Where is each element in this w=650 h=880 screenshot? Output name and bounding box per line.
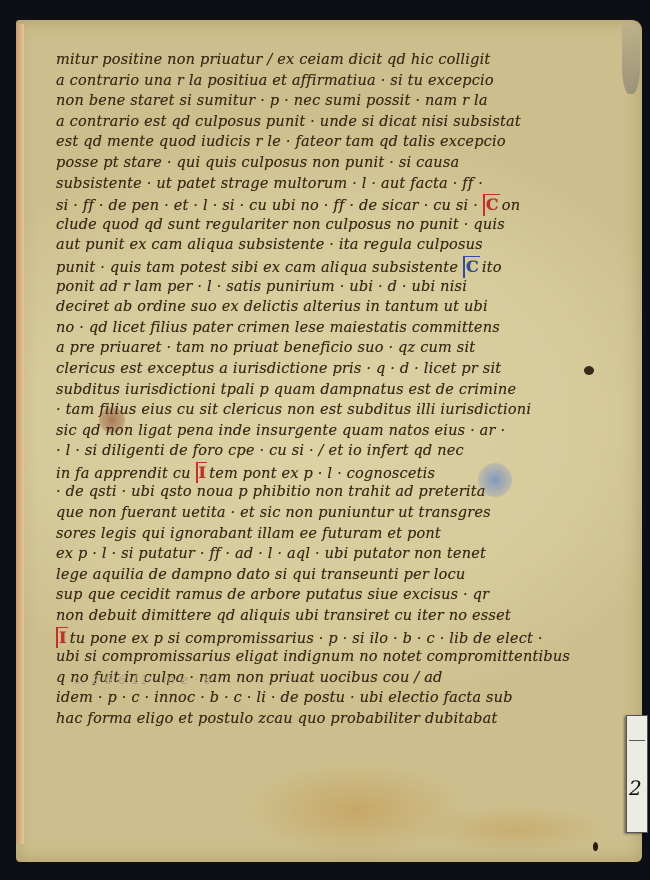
rubricated-initial: I xyxy=(196,462,208,484)
manuscript-line: sic qd non ligat pena inde insurgente qu… xyxy=(56,421,626,442)
line-text: a pre priuaret · tam no priuat beneficio… xyxy=(56,340,475,356)
manuscript-line: hac forma eligo et postulo zcau quo prob… xyxy=(56,709,626,730)
manuscript-line: clude quod qd sunt regulariter non culpo… xyxy=(56,215,626,236)
manuscript-line: punit · quis tam potest sibi ex cam aliq… xyxy=(56,256,626,277)
manuscript-line: que non fuerant uetita · et sic non puni… xyxy=(56,503,626,524)
manuscript-line: aut punit ex cam aliqua subsistente · it… xyxy=(56,235,626,256)
line-text: a contrario una r la positiua et affirma… xyxy=(56,73,494,89)
line-text: sup que cecidit ramus de arbore putatus … xyxy=(56,587,489,603)
line-text: lege aquilia de dampno dato si qui trans… xyxy=(56,567,465,583)
line-text: clericus est exceptus a iurisdictione pr… xyxy=(56,361,501,377)
manuscript-line: deciret ab ordine suo ex delictis alteri… xyxy=(56,297,626,318)
line-text: no · qd licet filius pater crimen lese m… xyxy=(56,320,500,336)
line-text: a contrario est qd culposus punit · unde… xyxy=(56,114,521,130)
manuscript-line: ex p · l · si putatur · ff · ad · l · aq… xyxy=(56,544,626,565)
line-text: posse pt stare · qui quis culposus non p… xyxy=(56,155,459,171)
line-text: hac forma eligo et postulo zcau quo prob… xyxy=(56,711,498,727)
manuscript-line: non bene staret si sumitur · p · nec sum… xyxy=(56,91,626,112)
line-text: non bene staret si sumitur · p · nec sum… xyxy=(56,93,488,109)
line-text: ubi si compromissarius eligat indignum n… xyxy=(56,649,570,665)
shelf-label: 2 xyxy=(626,715,648,833)
manuscript-line: posse pt stare · qui quis culposus non p… xyxy=(56,153,626,174)
line-text: ponit ad r lam per · l · satis punirium … xyxy=(56,279,467,295)
ink-drop xyxy=(593,842,598,851)
line-text: mitur positine non priuatur / ex ceiam d… xyxy=(56,52,490,68)
rubricated-initial: C xyxy=(463,256,480,278)
manuscript-line: · l · si diligenti de foro cpe · cu si ·… xyxy=(56,441,626,462)
line-text: idem · p · c · innoc · b · c · li · de p… xyxy=(56,690,513,706)
manuscript-page: mitur positine non priuatur / ex ceiam d… xyxy=(16,20,642,862)
manuscript-line: ubi si compromissarius eligat indignum n… xyxy=(56,647,626,668)
line-text-tail: tem pont ex p · l · cognoscetis xyxy=(209,466,435,482)
line-text: · tam filius eius cu sit clericus non es… xyxy=(56,402,531,418)
line-text: non debuit dimittere qd aliquis ubi tran… xyxy=(56,608,511,624)
line-text: subditus iurisdictioni tpali p quam damp… xyxy=(56,382,516,398)
manuscript-line: subditus iurisdictioni tpali p quam damp… xyxy=(56,380,626,401)
line-text: deciret ab ordine suo ex delictis alteri… xyxy=(56,299,488,315)
manuscript-line: idem · p · c · innoc · b · c · li · de p… xyxy=(56,688,626,709)
line-text: que non fuerant uetita · et sic non puni… xyxy=(56,505,491,521)
line-text-tail: ito xyxy=(482,260,502,276)
manuscript-line: clericus est exceptus a iurisdictione pr… xyxy=(56,359,626,380)
line-text: sic qd non ligat pena inde insurgente qu… xyxy=(56,423,505,439)
manuscript-line: a contrario est qd culposus punit · unde… xyxy=(56,112,626,133)
manuscript-line: · de qsti · ubi qsto noua p phibitio non… xyxy=(56,482,626,503)
manuscript-line: a pre priuaret · tam no priuat beneficio… xyxy=(56,338,626,359)
text-block: mitur positine non priuatur / ex ceiam d… xyxy=(56,50,626,730)
manuscript-line: est qd mente quod iudicis r le · fateor … xyxy=(56,132,626,153)
rubricated-initial: C xyxy=(483,194,500,216)
manuscript-line: Itu pone ex p si compromissarius · p · s… xyxy=(56,627,626,648)
label-divider xyxy=(629,740,645,741)
pencil-annotation: c. 2 6 6 11 · m e · 6 xyxy=(74,673,212,687)
line-text: sores legis qui ignorabant illam ee futu… xyxy=(56,526,441,542)
line-text-tail: on xyxy=(502,198,520,214)
rubricated-initial: I xyxy=(56,627,68,649)
line-text: · de qsti · ubi qsto noua p phibitio non… xyxy=(56,484,486,500)
manuscript-line: si · ff · de pen · et · l · si · cu ubi … xyxy=(56,194,626,215)
manuscript-line: no · qd licet filius pater crimen lese m… xyxy=(56,318,626,339)
line-text: ex p · l · si putatur · ff · ad · l · aq… xyxy=(56,546,486,562)
manuscript-line: sup que cecidit ramus de arbore putatus … xyxy=(56,585,626,606)
line-text: clude quod qd sunt regulariter non culpo… xyxy=(56,217,505,233)
manuscript-line: ponit ad r lam per · l · satis punirium … xyxy=(56,277,626,298)
line-text: subsistente · ut patet strage multorum ·… xyxy=(56,176,483,192)
line-text: tu pone ex p si compromissarius · p · si… xyxy=(70,631,543,647)
folio-number: 2 xyxy=(629,776,642,800)
line-text: · l · si diligenti de foro cpe · cu si ·… xyxy=(56,443,464,459)
manuscript-line: sores legis qui ignorabant illam ee futu… xyxy=(56,524,626,545)
manuscript-line: non debuit dimittere qd aliquis ubi tran… xyxy=(56,606,626,627)
manuscript-line: in fa apprendit cu Item pont ex p · l · … xyxy=(56,462,626,483)
line-text: punit · quis tam potest sibi ex cam aliq… xyxy=(56,260,458,276)
manuscript-line: a contrario una r la positiua et affirma… xyxy=(56,71,626,92)
line-text: in fa apprendit cu xyxy=(56,466,191,482)
manuscript-line: lege aquilia de dampno dato si qui trans… xyxy=(56,565,626,586)
line-text: aut punit ex cam aliqua subsistente · it… xyxy=(56,237,483,253)
manuscript-line: mitur positine non priuatur / ex ceiam d… xyxy=(56,50,626,71)
manuscript-line: subsistente · ut patet strage multorum ·… xyxy=(56,174,626,195)
line-text: si · ff · de pen · et · l · si · cu ubi … xyxy=(56,198,478,214)
line-text: est qd mente quod iudicis r le · fateor … xyxy=(56,134,506,150)
manuscript-line: · tam filius eius cu sit clericus non es… xyxy=(56,400,626,421)
